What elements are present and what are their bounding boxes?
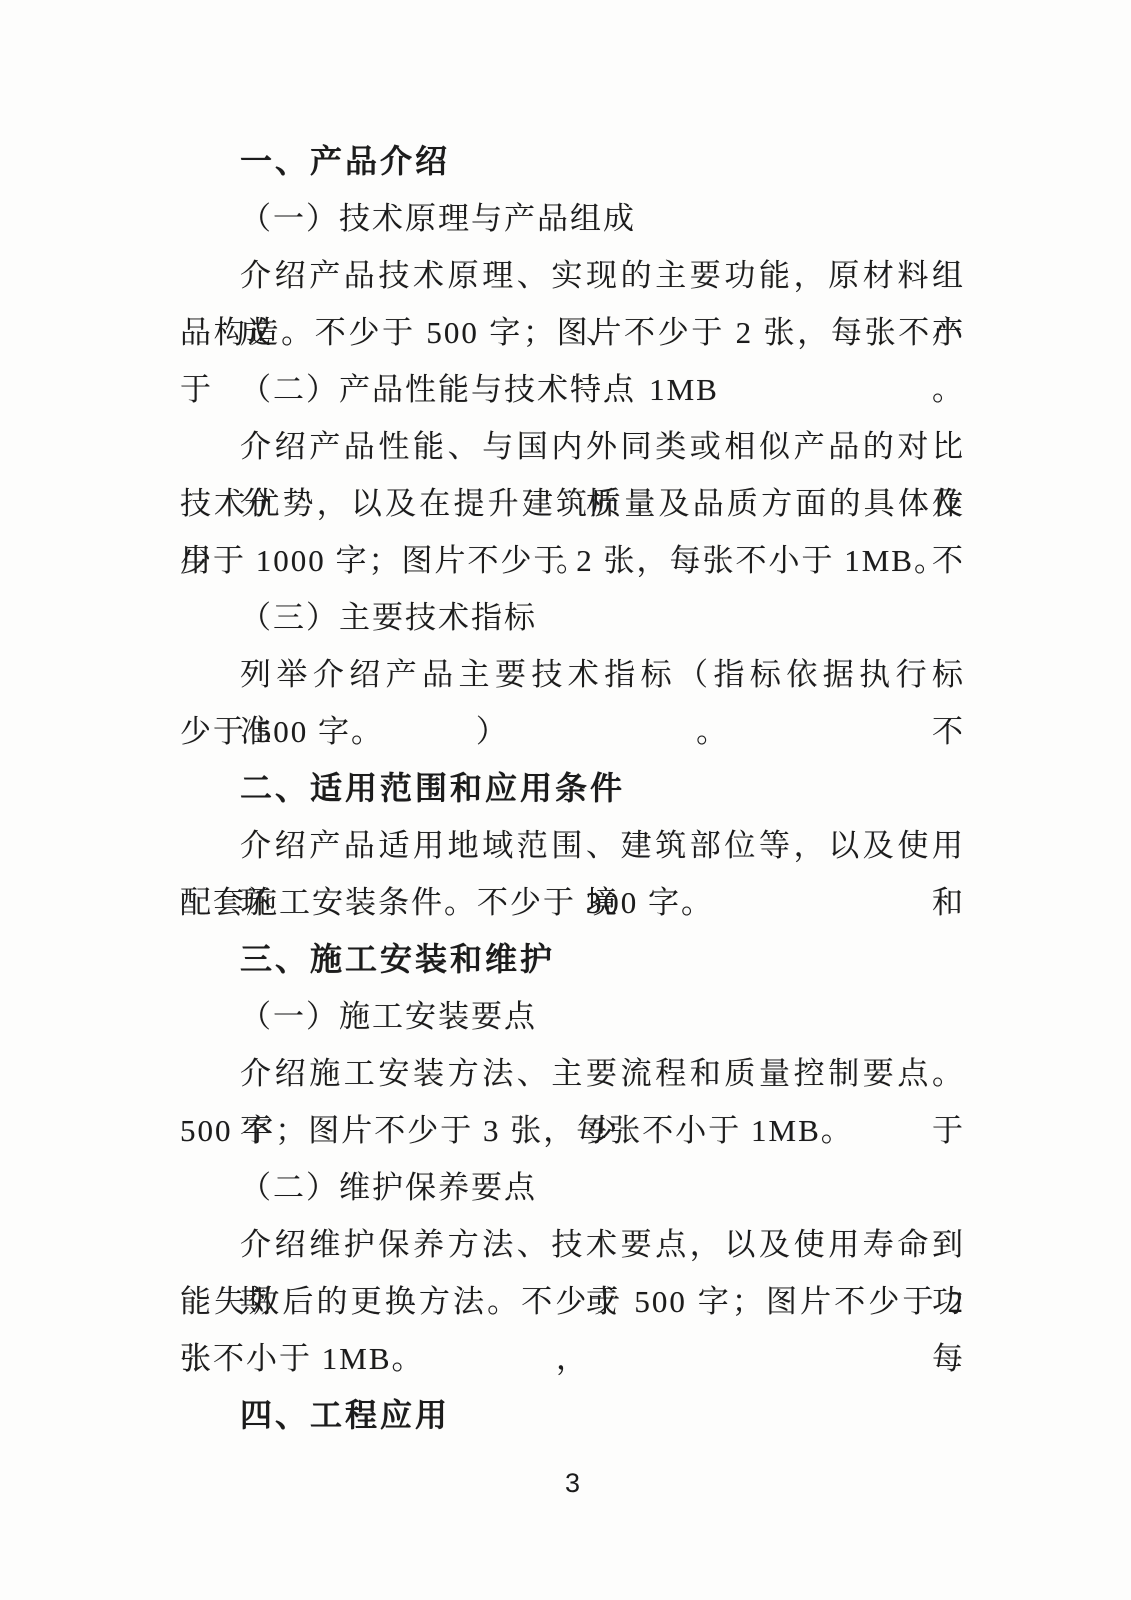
body-text-line: 少于 1000 字；图片不少于 2 张，每张不小于 1MB。 bbox=[180, 532, 965, 589]
sub-heading: （三）主要技术指标 bbox=[180, 589, 965, 646]
document-page: 一、产品介绍（一）技术原理与产品组成介绍产品技术原理、实现的主要功能，原材料组成… bbox=[0, 0, 1131, 1600]
body-text-line: 介绍产品技术原理、实现的主要功能，原材料组成、产 bbox=[180, 247, 965, 304]
sub-heading: （二）维护保养要点 bbox=[180, 1159, 965, 1216]
body-text-line: 介绍产品适用地域范围、建筑部位等，以及使用环境和 bbox=[180, 817, 965, 874]
section-heading: 二、适用范围和应用条件 bbox=[180, 760, 965, 817]
body-text-line: 介绍产品性能、与国内外同类或相似产品的对比分析及 bbox=[180, 418, 965, 475]
body-text-line: 介绍维护保养方法、技术要点，以及使用寿命到期或功 bbox=[180, 1216, 965, 1273]
body-text-line: 品构造。不少于 500 字；图片不少于 2 张，每张不小于 1MB。 bbox=[180, 304, 965, 361]
section-heading: 四、工程应用 bbox=[180, 1387, 965, 1444]
body-text-line: 介绍施工安装方法、主要流程和质量控制要点。不少于 bbox=[180, 1045, 965, 1102]
body-text-line: 技术优势，以及在提升建筑质量及品质方面的具体作用。不 bbox=[180, 475, 965, 532]
body-text-line: 500 字；图片不少于 3 张，每张不小于 1MB。 bbox=[180, 1102, 965, 1159]
section-heading: 一、产品介绍 bbox=[180, 133, 965, 190]
sub-heading: （一）技术原理与产品组成 bbox=[180, 190, 965, 247]
body-text-line: 能失效后的更换方法。不少于 500 字；图片不少于 2 张，每 bbox=[180, 1273, 965, 1330]
body-text-line: 列举介绍产品主要技术指标（指标依据执行标准）。不 bbox=[180, 646, 965, 703]
document-content: 一、产品介绍（一）技术原理与产品组成介绍产品技术原理、实现的主要功能，原材料组成… bbox=[180, 133, 965, 1444]
page-number: 3 bbox=[0, 1468, 1131, 1499]
section-heading: 三、施工安装和维护 bbox=[180, 931, 965, 988]
sub-heading: （一）施工安装要点 bbox=[180, 988, 965, 1045]
